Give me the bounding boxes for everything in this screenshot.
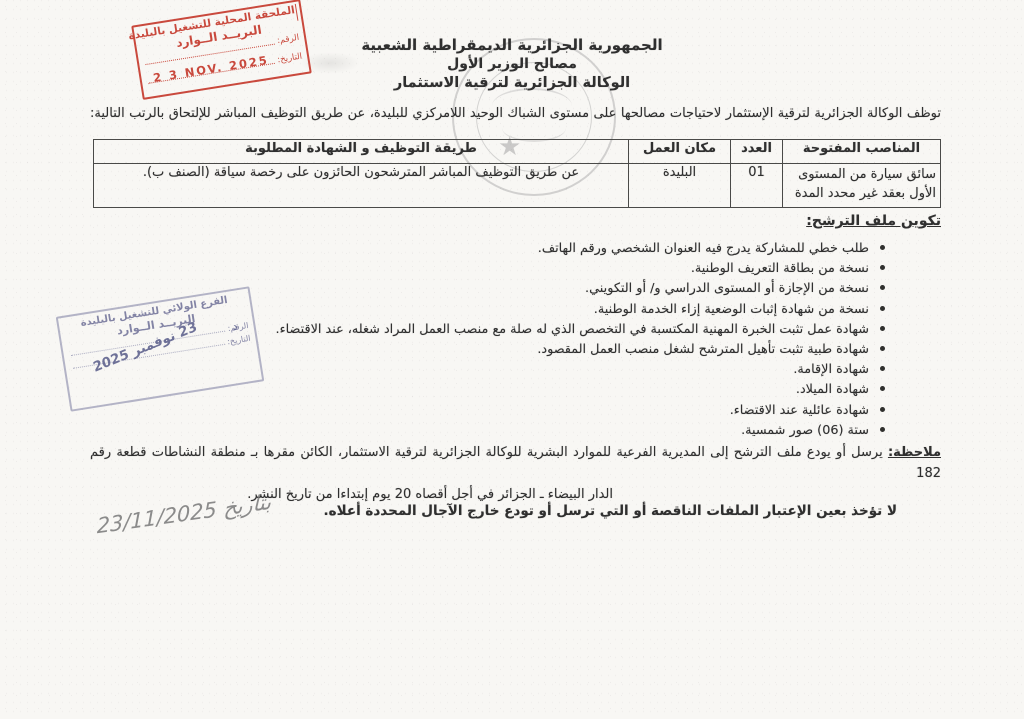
cell-position: سائق سيارة من المستوى الأول بعقد غير محد…: [783, 164, 941, 208]
list-item-text: طلب خطي للمشاركة يدرج فيه العنوان الشخصي…: [538, 241, 869, 256]
bullet-icon: [880, 407, 885, 412]
col-header-count: العدد: [731, 140, 783, 164]
note-text-line1: يرسل أو يودع ملف الترشح إلى المديرية الف…: [90, 445, 941, 481]
list-item-text: شهادة عمل تثبت الخبرة المهنية المكتسبة ف…: [276, 322, 869, 337]
table-header-row: المناصب المفتوحة العدد مكان العمل طريقة …: [94, 140, 941, 164]
bullet-icon: [880, 326, 885, 331]
bullet-icon: [880, 346, 885, 351]
document-header: الجمهورية الجزائرية الديمقراطية الشعبية …: [0, 36, 1024, 93]
table-row: سائق سيارة من المستوى الأول بعقد غير محد…: [94, 164, 941, 208]
note-block: ملاحظة: يرسل أو يودع ملف الترشح إلى المد…: [90, 442, 941, 505]
cell-location: البليدة: [629, 164, 731, 208]
scanned-document-page: ★ الملحقة المحلية للتشغيل بالبليدة البري…: [0, 0, 1024, 719]
bullet-icon: [880, 386, 885, 391]
agency-title: الوكالة الجزائرية لترقية الاستثمار: [0, 74, 1024, 93]
list-item: ستة (06) صور شمسية.: [95, 421, 886, 441]
cell-method: عن طريق التوظيف المباشر المترشحون الحائز…: [94, 164, 629, 208]
list-item-text: نسخة من بطاقة التعريف الوطنية.: [691, 261, 869, 276]
stamp-date-label: التاريخ:: [227, 334, 252, 347]
republic-title: الجمهورية الجزائرية الديمقراطية الشعبية: [0, 36, 1024, 55]
warning-line: لا تؤخذ بعين الإعتبار الملفات الناقصة أو…: [324, 503, 897, 519]
list-item: شهادة عائلية عند الاقتضاء.: [95, 401, 886, 421]
list-item-text: نسخة من شهادة إثبات الوضعية إزاء الخدمة …: [594, 302, 869, 317]
bullet-icon: [880, 366, 885, 371]
list-item-text: ستة (06) صور شمسية.: [741, 423, 869, 438]
list-item-text: شهادة عائلية عند الاقتضاء.: [730, 403, 869, 418]
bullet-icon: [880, 427, 885, 432]
bullet-icon: [880, 265, 885, 270]
list-item-text: نسخة من الإجازة أو المستوى الدراسي و/ أو…: [585, 281, 869, 296]
list-item: نسخة من بطاقة التعريف الوطنية.: [95, 259, 886, 279]
note-label: ملاحظة:: [888, 445, 941, 460]
handwritten-mark: د: [231, 319, 238, 334]
ministry-title: مصالح الوزير الأول: [0, 55, 1024, 74]
bullet-icon: [880, 306, 885, 311]
list-item-text: شهادة الميلاد.: [796, 382, 869, 397]
list-item-text: شهادة الإقامة.: [793, 362, 869, 377]
bullet-icon: [880, 245, 885, 250]
file-section-title: تكوين ملف الترشح:: [806, 213, 941, 229]
bullet-icon: [880, 285, 885, 290]
note-text-line2: الدار البيضاء ـ الجزائر في أجل أقصاه 20 …: [90, 484, 613, 505]
list-item: طلب خطي للمشاركة يدرج فيه العنوان الشخصي…: [95, 239, 886, 259]
col-header-positions: المناصب المفتوحة: [783, 140, 941, 164]
col-header-method: طريقة التوظيف و الشهادة المطلوبة: [94, 140, 629, 164]
list-item-text: شهادة طبية تثبت تأهيل المترشح لشغل منصب …: [537, 342, 869, 357]
col-header-location: مكان العمل: [629, 140, 731, 164]
cell-count: 01: [731, 164, 783, 208]
intro-paragraph: توظف الوكالة الجزائرية لترقية الإستثمار …: [90, 106, 941, 121]
positions-table: المناصب المفتوحة العدد مكان العمل طريقة …: [93, 139, 941, 208]
